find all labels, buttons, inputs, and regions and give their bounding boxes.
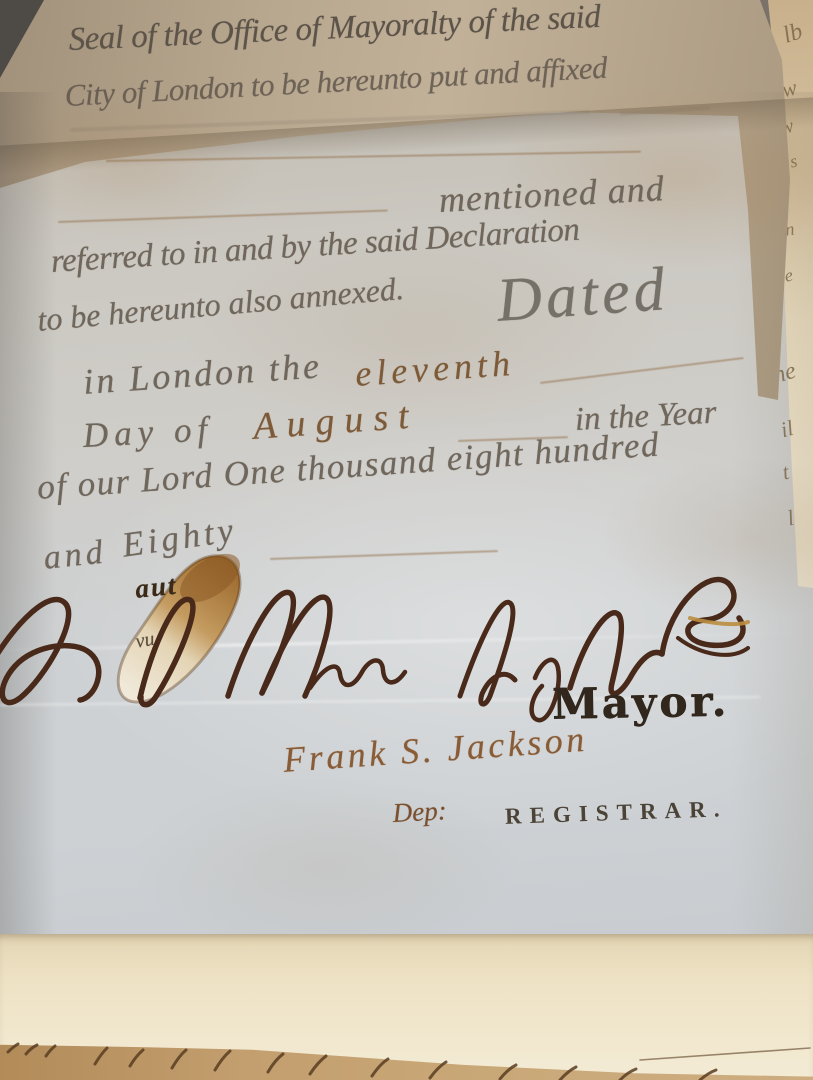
- bottom-page-writing-strokes: [0, 1038, 813, 1080]
- dep-abbreviation: Dep:: [392, 797, 447, 827]
- day-of-word: Day of: [82, 411, 214, 453]
- document-photo: lb w lw s ran e he il t l Seal of the Of…: [0, 0, 813, 1080]
- dated-word: Dated: [495, 258, 670, 332]
